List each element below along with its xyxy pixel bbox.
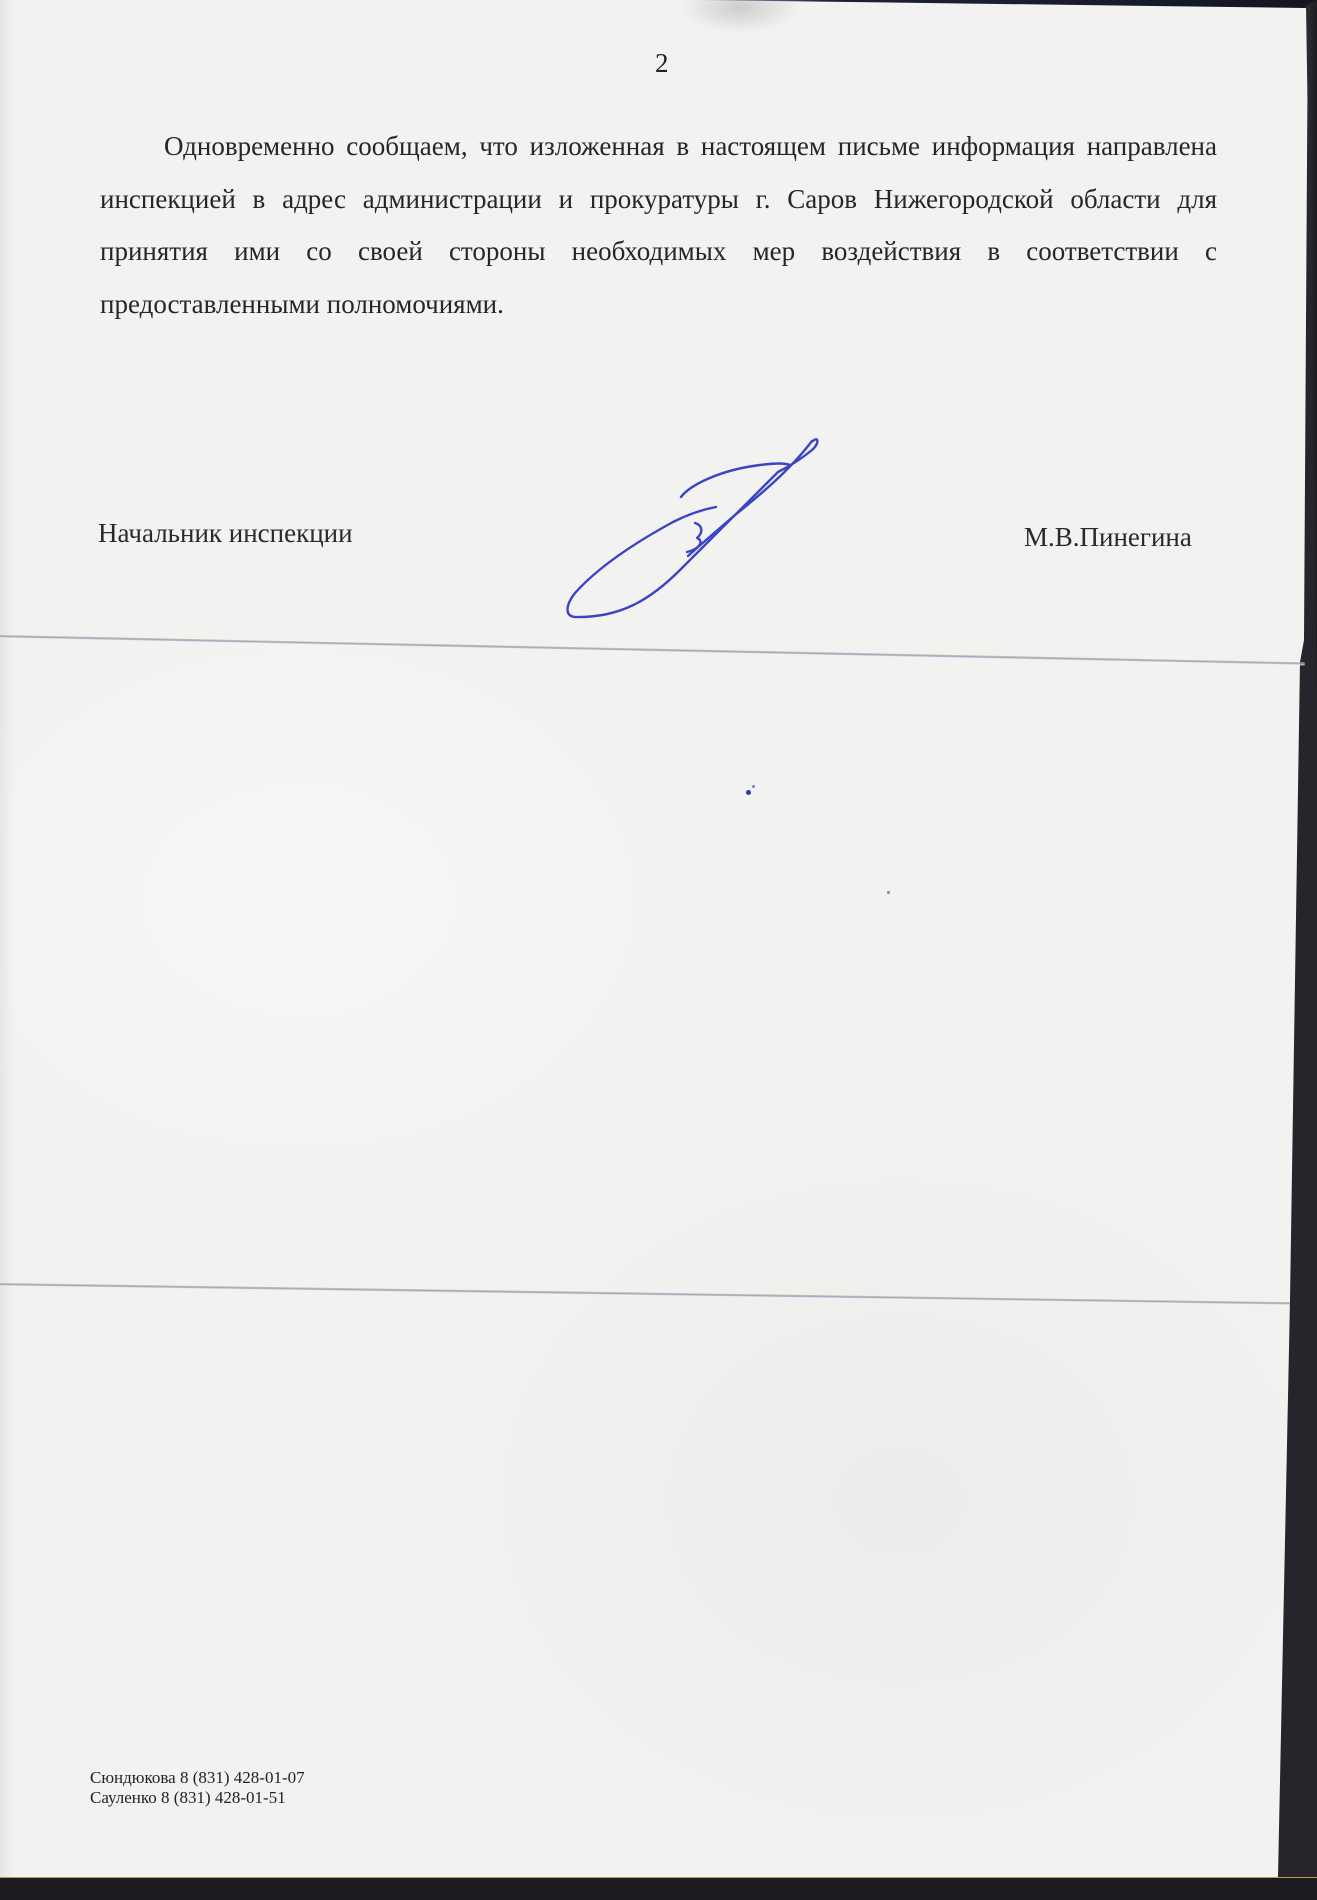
page-number: 2 <box>655 48 669 79</box>
ink-speck <box>887 891 890 894</box>
handwritten-signature-icon <box>540 420 840 640</box>
signatory-name: М.В.Пинегина <box>1024 522 1192 553</box>
contact-line: Сауленко 8 (831) 428-01-51 <box>90 1788 305 1808</box>
page-bottom-edge-shadow <box>0 1877 1317 1900</box>
ink-speck <box>746 790 751 795</box>
body-text: Одновременно сообщаем, что изложенная в … <box>100 120 1217 330</box>
signatory-position-title: Начальник инспекции <box>98 518 353 549</box>
contact-line: Сюндюкова 8 (831) 428-01-07 <box>90 1768 305 1788</box>
ink-speck <box>752 785 755 788</box>
body-paragraph: Одновременно сообщаем, что изложенная в … <box>100 120 1217 330</box>
contact-list: Сюндюкова 8 (831) 428-01-07 Сауленко 8 (… <box>90 1768 305 1808</box>
